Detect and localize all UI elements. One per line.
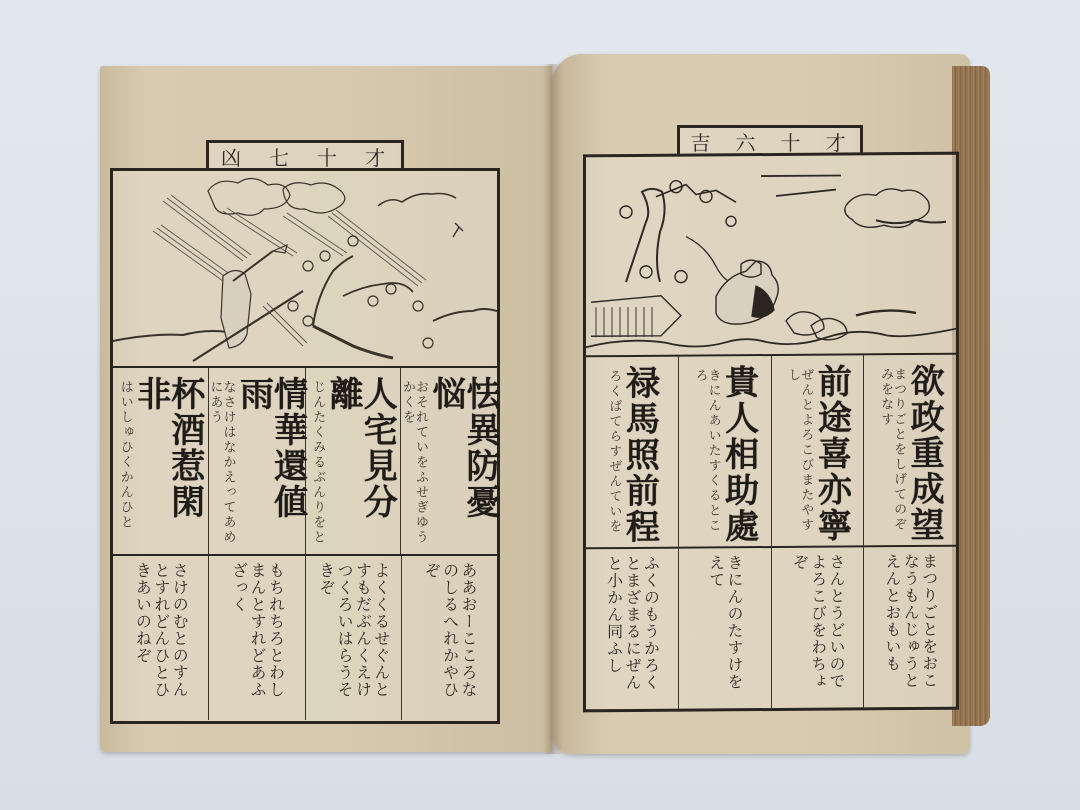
verse-column: 貴人相助處 きにんあいたすくるところ [678, 356, 771, 547]
noble-with-money-bags-illustration [586, 155, 956, 356]
commentary-column: きにんのたすけをえて [678, 548, 771, 709]
title-char: 十 [317, 142, 341, 171]
title-char: 六 [736, 127, 760, 156]
open-book-photo: 凶 七 十 才 [0, 0, 1080, 810]
verse-column: 怯異防憂悩 おそれていをふせぎゆうかくを [400, 368, 497, 554]
verse-column: 前途喜亦寧 ぜんとよろこびまたやすし [771, 355, 864, 546]
commentary-text: ああおーこころなのしるへれかやひぞ [418, 556, 481, 718]
verse-kanji: 欲政重成望 [907, 363, 941, 545]
verse-reading: はいしゅひくかんひと [119, 380, 132, 554]
commentary-text: よくくるせぐんとすもだぶんくえけつくろいはらうそきぞ [312, 556, 394, 718]
right-commentary-columns: まつりごとをおこなうもんじゅうとえんとおもいも さんとうどいのでよろこびをわちょ… [586, 545, 956, 710]
book-gutter [543, 64, 563, 754]
right-print-frame: 欲政重成望 まつりごとをしげてのぞみをなす 前途喜亦寧 ぜんとよろこびまたやすし… [583, 152, 959, 713]
verse-column: 情華還値雨 なさけはなかえってあめにあう [208, 368, 305, 554]
commentary-column: まつりごとをおこなうもんじゅうとえんとおもいも [863, 547, 956, 708]
verse-column: 禄馬照前程 ろくばてらすぜんていを [586, 357, 678, 548]
verse-kanji: 前途喜亦寧 [814, 363, 848, 545]
right-illustration [586, 155, 956, 358]
right-page-title: 吉 六 十 才 [677, 125, 863, 154]
commentary-text: もちれちろとわしまんとすれどあふざっく [225, 556, 288, 718]
verse-kanji: 貴人相助處 [722, 364, 756, 546]
commentary-text: ふくのもうかろくとまざまるにぜんと小かん同ふし [600, 549, 663, 711]
commentary-column: ああおーこころなのしるへれかやひぞ [401, 556, 497, 720]
left-verse-columns: 怯異防憂悩 おそれていをふせぎゆうかくを 人宅見分離 じんたくみるぶんりをと 情… [113, 368, 497, 554]
verse-column: 杯酒惹閑非 はいしゅひくかんひと [113, 368, 208, 554]
right-verse-columns: 欲政重成望 まつりごとをしげてのぞみをなす 前途喜亦寧 ぜんとよろこびまたやすし… [586, 355, 956, 548]
title-char: 七 [269, 142, 293, 171]
commentary-column: よくくるせぐんとすもだぶんくえけつくろいはらうそきぞ [305, 556, 401, 720]
verse-reading: きにんあいたすくるところ [694, 368, 720, 546]
commentary-text: さけのむとのすんとすれどんひとひきあいのねぞ [129, 556, 192, 718]
verse-reading: ぜんとよろこびまたやすし [786, 368, 812, 546]
title-char: 吉 [691, 127, 715, 156]
commentary-column: もちれちろとわしまんとすれどあふざっく [208, 556, 304, 720]
verse-kanji: 情華還値雨 [237, 376, 305, 554]
rain-old-man-illustration [113, 171, 497, 366]
verse-kanji: 怯異防憂悩 [429, 376, 497, 554]
verse-reading: まつりごとをしげてのぞみをなす [879, 367, 905, 545]
left-print-frame: 怯異防憂悩 おそれていをふせぎゆうかくを 人宅見分離 じんたくみるぶんりをと 情… [110, 168, 500, 724]
left-page-title: 凶 七 十 才 [206, 140, 404, 169]
commentary-column: ふくのもうかろくとまざまるにぜんと小かん同ふし [586, 549, 678, 710]
verse-column: 人宅見分離 じんたくみるぶんりをと [305, 368, 401, 554]
verse-kanji: 禄馬照前程 [622, 365, 656, 547]
title-char: 凶 [221, 142, 245, 171]
commentary-text: さんとうどいのでよろこびをわちょぞ [786, 547, 849, 709]
commentary-text: きにんのたすけをえて [702, 548, 747, 710]
verse-reading: なさけはなかえってあめにあう [209, 380, 235, 554]
title-char: 十 [781, 127, 805, 156]
left-commentary-columns: ああおーこころなのしるへれかやひぞ よくくるせぐんとすもだぶんくえけつくろいはら… [113, 554, 497, 720]
verse-reading: おそれていをふせぎゆうかくを [401, 380, 427, 554]
commentary-column: さけのむとのすんとすれどんひとひきあいのねぞ [113, 556, 208, 720]
title-char: 才 [826, 127, 850, 156]
commentary-column: さんとうどいのでよろこびをわちょぞ [771, 547, 864, 708]
verse-kanji: 杯酒惹閑非 [134, 376, 202, 554]
verse-kanji: 人宅見分離 [326, 376, 394, 554]
left-illustration [113, 171, 497, 368]
verse-column: 欲政重成望 まつりごとをしげてのぞみをなす [863, 355, 956, 546]
commentary-text: まつりごとをおこなうもんじゅうとえんとおもいも [879, 547, 942, 709]
title-char: 才 [365, 142, 389, 171]
